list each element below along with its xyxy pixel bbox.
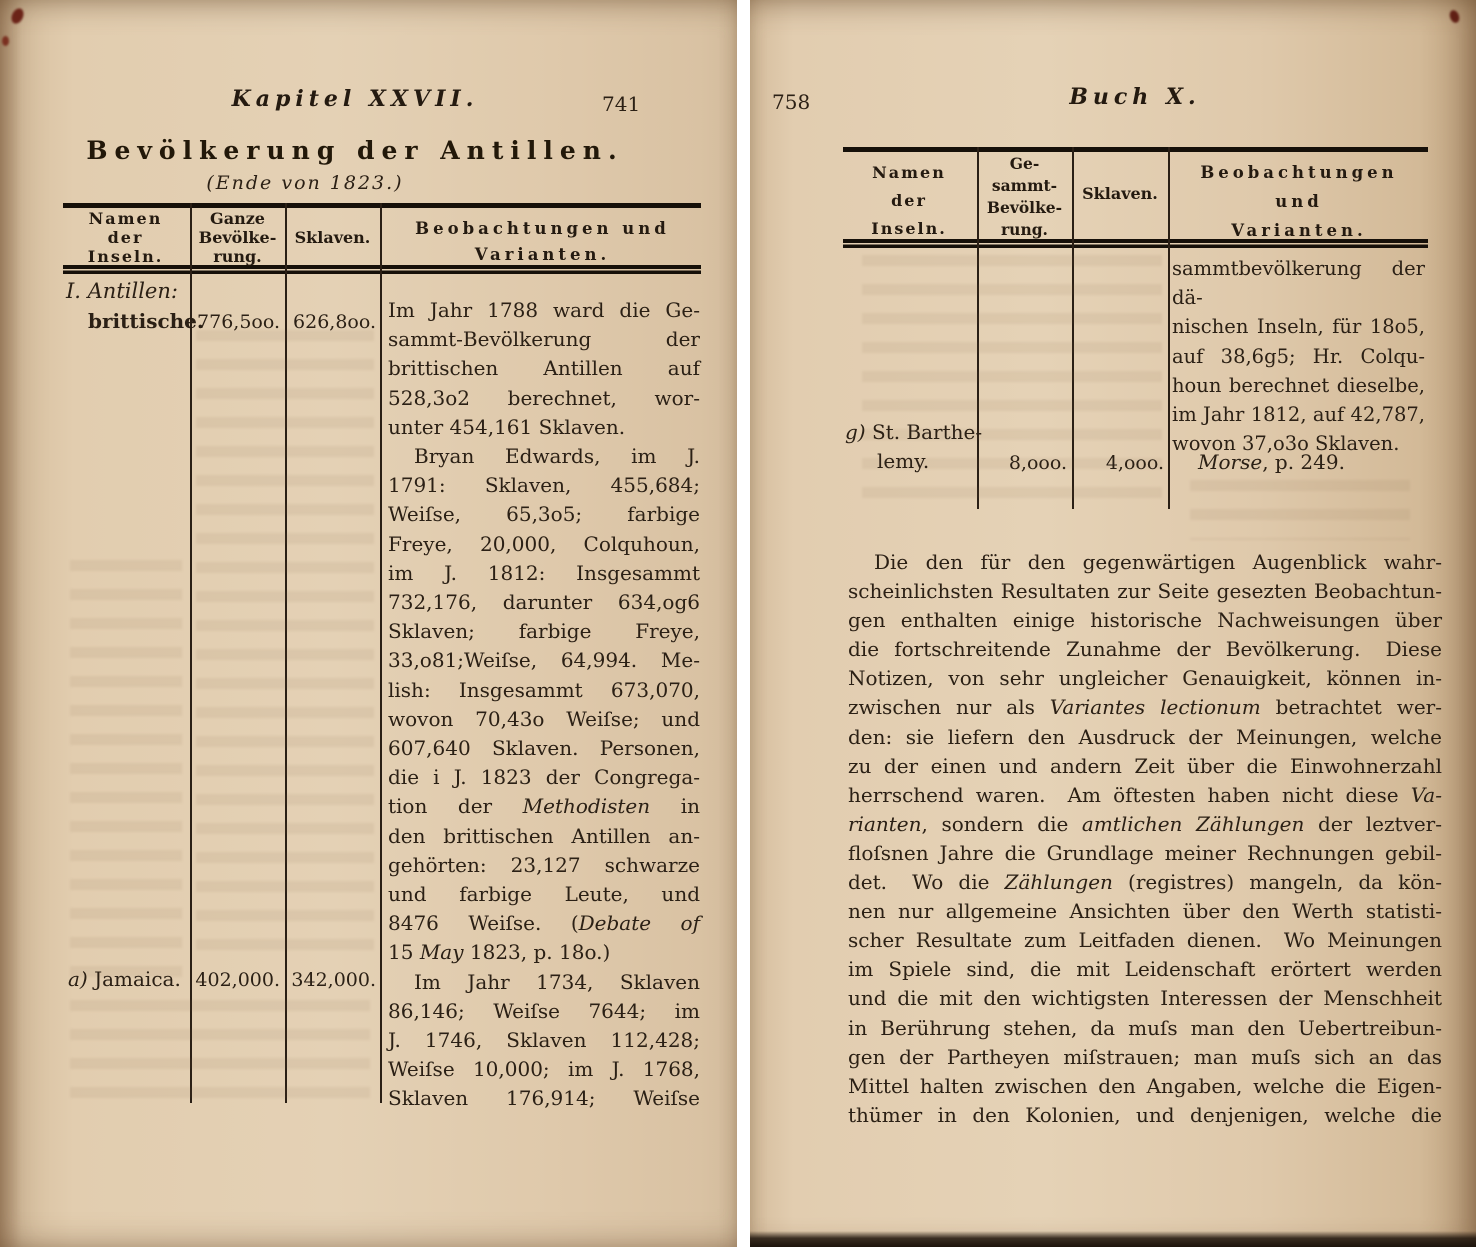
ink-speck — [1448, 9, 1461, 24]
island-name: a) Jamaica. — [68, 967, 181, 991]
chapter-title: Bevölkerung der Antillen. — [75, 136, 635, 165]
left-page: Kapitel XXVII. 741 Bevölkerung der Antil… — [0, 0, 737, 1247]
ink-speck — [9, 6, 26, 25]
island-name-wrap: lemy. — [877, 449, 929, 473]
population-value: 402,000. — [192, 969, 280, 991]
bleedthrough-text — [70, 1000, 370, 1110]
slaves-value: 342,000. — [288, 969, 376, 991]
bleedthrough-text — [70, 560, 182, 980]
book-scan: Kapitel XXVII. 741 Bevölkerung der Antil… — [0, 0, 1476, 1247]
group-label: I. Antillen: — [66, 279, 178, 303]
page-bottom-edge — [750, 1231, 1476, 1247]
col-header-sklaven: Sklaven. — [287, 228, 378, 247]
col-header-beobachtungen: Beobachtungen undVarianten. — [385, 216, 700, 268]
running-head: Buch X. — [1005, 84, 1265, 110]
population-value: 776,5oo. — [192, 311, 280, 333]
running-head: Kapitel XXVII. — [170, 86, 540, 112]
source-note: Morse, p. 249. — [1198, 450, 1345, 474]
table-top-rule — [843, 147, 1428, 152]
page-number: 758 — [772, 90, 842, 114]
col-header-beobachtungen: BeobachtungenundVarianten. — [1170, 158, 1428, 245]
column-divider — [380, 203, 382, 1103]
ink-speck — [2, 36, 9, 46]
col-header-namen: NamenderInseln. — [63, 209, 188, 266]
bleedthrough-text — [1190, 480, 1410, 540]
column-divider — [190, 203, 192, 1103]
observations-text: sammtbevölkerung der dä-nischen Inseln, … — [1172, 254, 1425, 458]
col-header-sklaven: Sklaven. — [1074, 184, 1166, 203]
body-text: Die den für den gegenwärtigen Augenblick… — [848, 548, 1442, 1130]
table-top-rule — [63, 203, 701, 208]
column-divider — [285, 203, 287, 1103]
page-number: 741 — [602, 92, 672, 116]
right-page: 758 Buch X. NamenderInseln. Ge-sammt-Bev… — [750, 0, 1476, 1247]
observations-text: Im Jahr 1788 ward die Ge-sammt-Bevölkeru… — [388, 296, 700, 1114]
population-value: 8,ooo. — [979, 452, 1067, 474]
slaves-value: 4,ooo. — [1074, 452, 1164, 474]
col-header-namen: NamenderInseln. — [843, 159, 975, 243]
slaves-value: 626,8oo. — [288, 311, 376, 333]
island-name: brittische. — [88, 309, 204, 333]
chapter-subtitle: (Ende von 1823.) — [95, 172, 515, 194]
island-name: g) St. Barthe- — [845, 420, 982, 444]
col-header-bevoelkerung: GanzeBevölke-rung. — [192, 209, 283, 266]
col-header-bevoelkerung: Ge-sammt-Bevölke-rung. — [979, 153, 1070, 241]
